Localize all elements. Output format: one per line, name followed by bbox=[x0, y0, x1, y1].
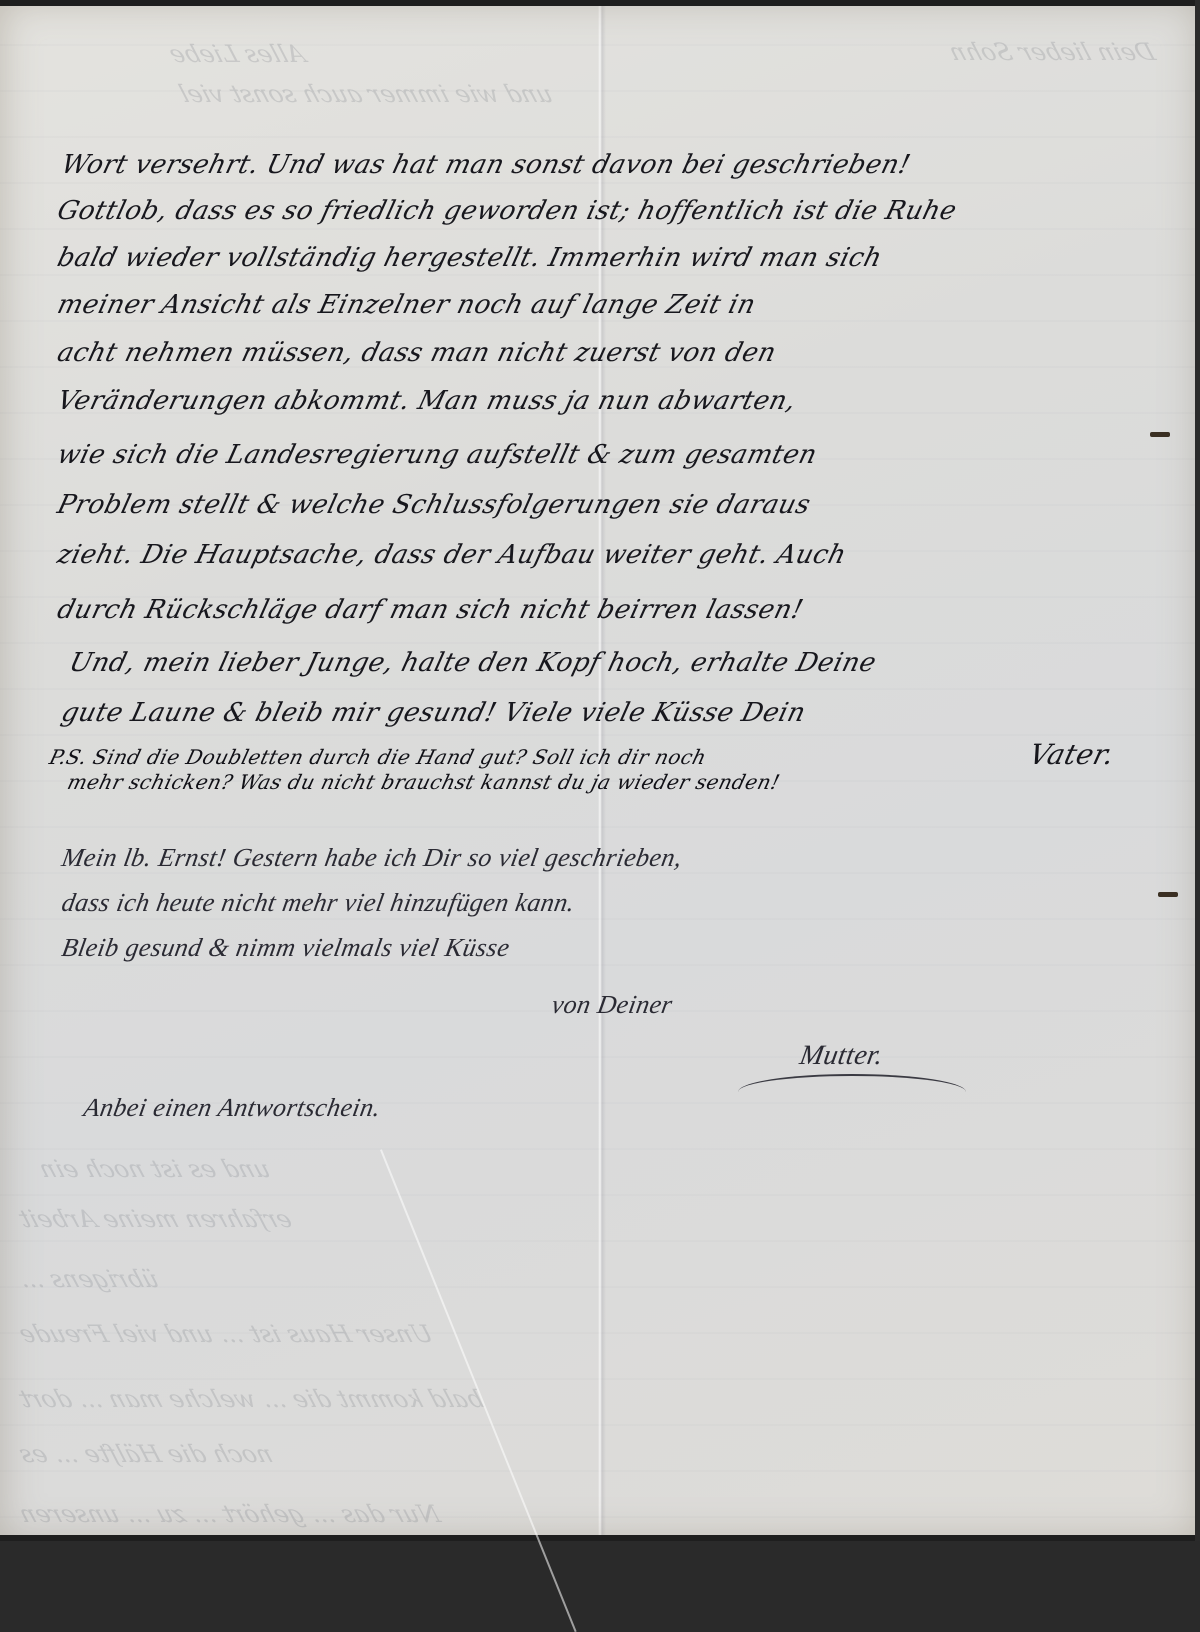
paper-tear-mark bbox=[1150, 432, 1170, 437]
letter-page: Alles LiebeDein lieber Sohnund wie immer… bbox=[0, 0, 1200, 1541]
handwritten-line: meiner Ansicht als Einzelner noch auf la… bbox=[54, 290, 758, 320]
bleed-through-line: Unser Haus ist ... und viel Freude bbox=[15, 1320, 436, 1348]
handwritten-line: wie sich die Landesregierung aufstellt &… bbox=[54, 440, 820, 470]
scan-border-top bbox=[0, 0, 1200, 6]
bleed-through-line: bald kommt die ... welche man ... dort bbox=[15, 1385, 486, 1413]
father-signature: Vater. bbox=[1026, 738, 1118, 771]
postscript-line: P.S. Sind die Doubletten durch die Hand … bbox=[47, 745, 709, 769]
handwritten-line: Bleib gesund & nimm vielmals viel Küsse bbox=[59, 933, 512, 963]
mother-signature: Mutter. bbox=[797, 1040, 886, 1072]
bleed-through-line: Alles Liebe bbox=[165, 40, 308, 68]
signature-underline bbox=[738, 1074, 966, 1092]
handwritten-line: Problem stellt & welche Schlussfolgerung… bbox=[54, 490, 813, 520]
handwritten-line: zieht. Die Hauptsache, dass der Aufbau w… bbox=[54, 540, 849, 570]
bleed-through-line: erfahren meine Arbeit bbox=[15, 1205, 295, 1233]
bleed-through-line: und wie immer auch sonst viel bbox=[175, 80, 556, 108]
bleed-through-line: noch die Hälfte ... es bbox=[15, 1440, 276, 1468]
handwritten-line: gute Laune & bleib mir gesund! Viele vie… bbox=[58, 698, 809, 728]
handwritten-line: Wort versehrt. Und was hat man sonst dav… bbox=[58, 150, 913, 180]
handwritten-line: acht nehmen müssen, dass man nicht zuers… bbox=[54, 338, 779, 368]
handwritten-line: Mein lb. Ernst! Gestern habe ich Dir so … bbox=[59, 843, 684, 873]
postscript-line: mehr schicken? Was du nicht brauchst kan… bbox=[65, 770, 783, 794]
bleed-through-line: Dein lieber Sohn bbox=[945, 38, 1158, 66]
handwritten-line: Veränderungen abkommt. Man muss ja nun a… bbox=[54, 386, 799, 416]
handwritten-line: durch Rückschläge darf man sich nicht be… bbox=[54, 595, 806, 625]
bleed-through-line: übrigens ... bbox=[15, 1265, 162, 1293]
handwritten-line: Gottlob, dass es so friedlich geworden i… bbox=[54, 196, 959, 226]
bleed-through-line: Nur das ... gehört ... zu ... unseren bbox=[15, 1500, 443, 1528]
enclosure-note: Anbei einen Antwortschein. bbox=[81, 1093, 383, 1123]
paper-tear-mark bbox=[1158, 892, 1178, 897]
closing-line: von Deiner bbox=[549, 990, 675, 1020]
handwritten-line: bald wieder vollständig hergestellt. Imm… bbox=[54, 243, 885, 273]
scan-border-right bbox=[1195, 0, 1200, 1541]
scan-border-bottom bbox=[0, 1535, 1200, 1541]
handwritten-line: Und, mein lieber Junge, halte den Kopf h… bbox=[66, 648, 879, 678]
bleed-through-line: und es ist noch ein bbox=[35, 1155, 273, 1183]
handwritten-line: dass ich heute nicht mehr viel hinzufüge… bbox=[59, 888, 577, 918]
